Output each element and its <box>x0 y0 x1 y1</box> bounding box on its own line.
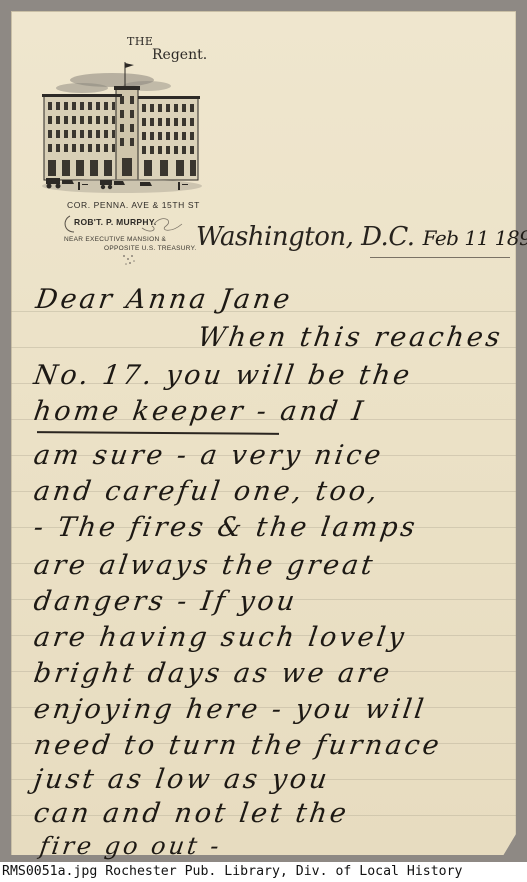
dateline-place: Washington, D.C. <box>196 222 415 252</box>
body-line-15: fire go out - <box>38 832 224 860</box>
body-line-10: bright days as we are <box>32 658 395 689</box>
body-line-7: are always the great <box>32 550 377 581</box>
hotel-building-engraving <box>42 62 202 194</box>
letterhead-prefix: THE <box>127 35 153 48</box>
body-line-12: need to turn the furnace <box>32 730 444 761</box>
date-underline <box>370 257 510 258</box>
body-line-4: am sure - a very nice <box>32 440 386 471</box>
ornament-dots-icon <box>118 252 142 268</box>
hotel-name: Regent. <box>152 47 207 63</box>
body-line-8: dangers - If you <box>32 586 300 617</box>
dateline: Washington, D.C.Feb 11 1898 <box>196 222 527 252</box>
letterhead-location-line-2: OPPOSITE U.S. TREASURY. <box>104 245 197 252</box>
dateline-date: Feb 11 1898 <box>423 226 527 250</box>
image-caption: RMS0051a.jpg Rochester Pub. Library, Div… <box>0 862 527 882</box>
letterhead-address: COR. PENNA. AVE & 15TH ST <box>67 200 200 210</box>
body-line-13: just as low as you <box>32 764 332 795</box>
body-line-3: home keeper - and I <box>32 396 368 427</box>
body-line-14: can and not let the <box>32 798 351 829</box>
letterhead-location-line-1: NEAR EXECUTIVE MANSION & <box>64 236 166 243</box>
body-line-9: are having such lovely <box>32 622 409 653</box>
body-line-6: - The fires & the lamps <box>32 512 420 543</box>
body-line-5: and careful one, too, <box>32 476 382 507</box>
body-line-1: When this reaches <box>196 322 505 353</box>
salutation: Dear Anna Jane <box>34 284 295 315</box>
ornament-flourish-icon <box>62 210 192 238</box>
body-line-11: enjoying here - you will <box>32 694 429 725</box>
body-line-2: No. 17. you will be the <box>32 360 415 391</box>
